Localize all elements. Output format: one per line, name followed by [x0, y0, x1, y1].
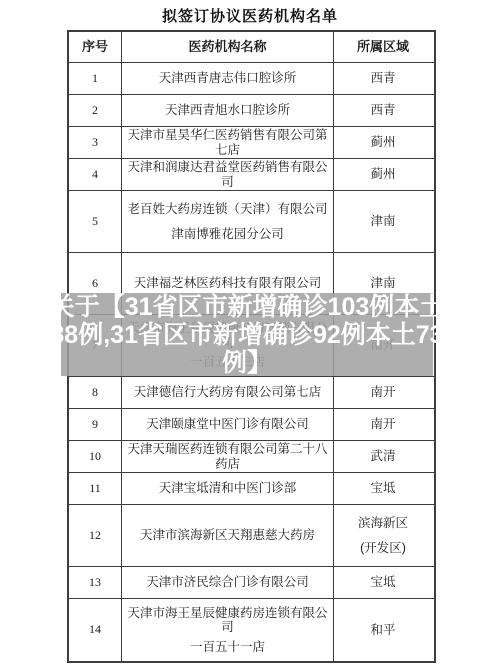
cell-institution-name: 天津西青唐志伟口腔诊所	[122, 63, 334, 94]
cell-institution-name: 天津市海王星辰健康药房连锁有限公司一百五十一店	[122, 599, 334, 661]
cell-index-line: 10	[89, 450, 101, 464]
cell-institution-name-line: 天津市海王星辰健康药房连锁有限公司	[124, 606, 331, 635]
cell-institution-name: 天津西青旭水口腔诊所	[122, 95, 334, 126]
table-row: 2天津西青旭水口腔诊所西青	[69, 95, 434, 127]
overlay-text-line: 88例,31省区市新增确诊92例本土73	[50, 321, 443, 349]
cell-region: 滨海新区(开发区)	[334, 505, 432, 566]
cell-index: 12	[69, 505, 122, 566]
cell-institution-name-line: 天津天瑞医药连锁有限公司第二十八药店	[124, 442, 331, 471]
cell-index: 3	[69, 127, 122, 158]
cell-region: 西青	[334, 95, 432, 126]
cell-index-line: 11	[89, 482, 101, 496]
cell-institution-name-line: 老百姓大药房连锁（天津）有限公司	[127, 202, 327, 216]
table-row: 12天津市滨海新区天翔惠慈大药房滨海新区(开发区)	[69, 505, 434, 567]
cell-institution-name: 天津市星昊华仁医药销售有限公司第七店	[122, 127, 334, 158]
cell-index: 10	[69, 441, 122, 472]
table-header-row: 序号 医药机构名称 所属区域	[69, 32, 434, 63]
cell-institution-name: 天津市济民综合门诊有限公司	[122, 567, 334, 598]
cell-institution-name: 天津德信行大药房有限公司第七店	[122, 377, 334, 408]
cell-institution-name-line: 天津市滨海新区天翔惠慈大药房	[140, 528, 315, 542]
cell-region: 津南	[334, 191, 432, 252]
cell-institution-name: 天津天瑞医药连锁有限公司第二十八药店	[122, 441, 334, 472]
header-cell-region: 所属区域	[334, 32, 432, 62]
cell-region-line: 西青	[370, 103, 395, 117]
cell-region: 南开	[334, 377, 432, 408]
page-title: 拟签订协议医药机构名单	[0, 5, 500, 26]
cell-region-line: 西青	[370, 71, 395, 85]
cell-institution-name: 天津和润康达君益堂医药销售有限公司	[122, 159, 334, 190]
cell-index-line: 8	[92, 386, 98, 400]
cell-index-line: 2	[92, 104, 98, 118]
cell-region: 宝坻	[334, 473, 432, 504]
cell-region-line: 蓟州	[370, 135, 395, 149]
cell-index-line: 1	[92, 72, 98, 86]
cell-region-line: 南开	[370, 385, 395, 399]
cell-region: 武清	[334, 441, 432, 472]
cell-region: 蓟州	[334, 159, 432, 190]
cell-index-line: 13	[89, 576, 101, 590]
cell-region-line: 和平	[370, 623, 395, 637]
cell-index-line: 9	[92, 418, 98, 432]
cell-institution-name-line: 天津宝坻清和中医门诊部	[159, 481, 297, 495]
cell-index: 4	[69, 159, 122, 190]
overlay-text-line: 关于【31省区市新增确诊103例本土	[50, 293, 445, 321]
cell-region-line: 津南	[370, 214, 395, 228]
cell-region: 西青	[334, 63, 432, 94]
cell-index: 8	[69, 377, 122, 408]
cell-institution-name: 天津宝坻清和中医门诊部	[122, 473, 334, 504]
document-page: { "page": { "title": "拟签订协议医药机构名单" }, "t…	[0, 0, 500, 666]
cell-institution-name: 天津市滨海新区天翔惠慈大药房	[122, 505, 334, 566]
table-row: 1天津西青唐志伟口腔诊所西青	[69, 63, 434, 95]
cell-index: 5	[69, 191, 122, 252]
cell-region-line: (开发区)	[360, 541, 406, 555]
cell-index-line: 6	[92, 277, 98, 291]
cell-region-line: 武清	[370, 449, 395, 463]
cell-region-line: 宝坻	[370, 481, 395, 495]
table-row: 4天津和润康达君益堂医药销售有限公司蓟州	[69, 159, 434, 191]
cell-region-line: 宝坻	[370, 575, 395, 589]
cell-institution-name-line: 天津西青唐志伟口腔诊所	[159, 71, 297, 85]
table-row: 8天津德信行大药房有限公司第七店南开	[69, 377, 434, 409]
header-cell-name: 医药机构名称	[122, 32, 334, 62]
cell-region: 宝坻	[334, 567, 432, 598]
cell-index: 14	[69, 599, 122, 661]
cell-index-line: 12	[89, 529, 101, 543]
cell-institution-name-line: 天津西青旭水口腔诊所	[165, 103, 290, 117]
cell-institution-name-line: 天津市济民综合门诊有限公司	[146, 575, 309, 589]
cell-index: 9	[69, 409, 122, 440]
cell-index: 13	[69, 567, 122, 598]
cell-index: 11	[69, 473, 122, 504]
cell-institution-name-line: 一百五十一店	[190, 640, 265, 654]
table-row: 13天津市济民综合门诊有限公司宝坻	[69, 567, 434, 599]
cell-region-line: 南开	[370, 417, 395, 431]
table-row: 11天津宝坻清和中医门诊部宝坻	[69, 473, 434, 505]
cell-institution-name-line: 天津德信行大药房有限公司第七店	[134, 385, 322, 399]
table-row: 5老百姓大药房连锁（天津）有限公司津南博雅花园分公司津南	[69, 191, 434, 253]
table-row: 3天津市星昊华仁医药销售有限公司第七店蓟州	[69, 127, 434, 159]
header-cell-index: 序号	[69, 32, 122, 62]
cell-region: 南开	[334, 409, 432, 440]
cell-index-line: 14	[89, 623, 101, 637]
cell-region: 蓟州	[334, 127, 432, 158]
cell-institution-name: 天津颐康堂中医门诊有限公司	[122, 409, 334, 440]
cell-institution-name-line: 天津颐康堂中医门诊有限公司	[146, 417, 309, 431]
table-row: 10天津天瑞医药连锁有限公司第二十八药店武清	[69, 441, 434, 473]
cell-index: 2	[69, 95, 122, 126]
cell-region-line: 津南	[370, 276, 395, 290]
cell-institution-name-line: 天津和润康达君益堂医药销售有限公司	[124, 160, 331, 189]
cell-region: 和平	[334, 599, 432, 661]
cell-region-line: 蓟州	[370, 167, 395, 181]
cell-institution-name-line: 津南博雅花园分公司	[171, 227, 284, 241]
cell-index: 1	[69, 63, 122, 94]
cell-region-line: 滨海新区	[358, 516, 408, 530]
cell-index-line: 3	[92, 136, 98, 150]
overlay-text-line: 例】	[222, 349, 272, 377]
cell-institution-name-line: 天津市星昊华仁医药销售有限公司第七店	[124, 128, 331, 157]
cell-institution-name: 老百姓大药房连锁（天津）有限公司津南博雅花园分公司	[122, 191, 334, 252]
news-caption-overlay: 关于【31省区市新增确诊103例本土88例,31省区市新增确诊92例本土73例】	[61, 293, 433, 376]
cell-index-line: 5	[92, 215, 98, 229]
table-row: 14天津市海王星辰健康药房连锁有限公司一百五十一店和平	[69, 599, 434, 661]
cell-index-line: 4	[92, 168, 98, 182]
table-row: 9天津颐康堂中医门诊有限公司南开	[69, 409, 434, 441]
cell-institution-name-line: 天津福芝林医药科技有限有限公司	[134, 276, 322, 290]
